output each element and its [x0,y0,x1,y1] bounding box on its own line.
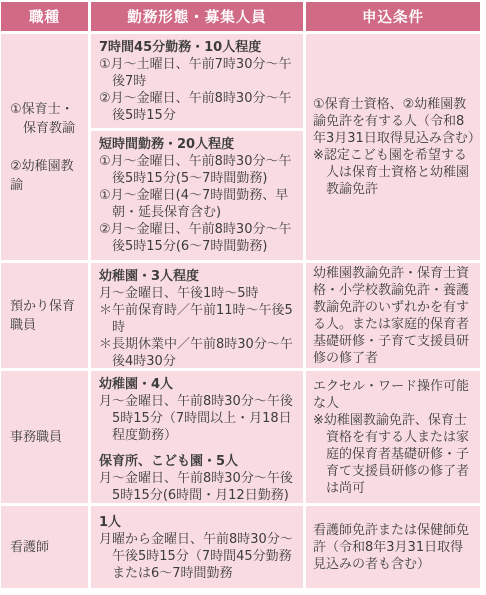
schedule-block-title: 保育所、こども園・5人 [99,453,297,470]
conditions-cell-childcare: ①保育士資格、②幼稚園教諭免許を有する人（令和8年3月31日取得見込み含む） ※… [306,34,480,260]
header-cell-work-style: 勤務形態・募集人員 [91,2,303,31]
schedule-block: 幼稚園・3人程度 月～金曜日、午後1時～5時 ＊午前保育時／午前11時～午後5時… [99,268,297,368]
schedule-line: ①月～金曜日(4～7時間勤務、早朝・延長保育含む) [99,187,297,221]
schedule-block: 幼稚園・4人 月～金曜日、午前8時30分～午後5時15分（7時間以上・月18日程… [99,376,297,444]
schedule-line: ＊長期休業中／午前8時30分～午後4時30分 [99,336,297,368]
condition-paragraph: ※幼稚園教諭免許、保育士資格を有する人または家庭的保育者基礎研修・子育て支援員研… [313,412,475,497]
schedule-block-title: 短時間勤務・20人程度 [99,136,297,153]
job-cell-childcare: ①保育士・ 保育教諭 ②幼稚園教諭 [1,34,88,260]
schedule-line: 月～金曜日、午後1時～5時 [99,285,297,302]
schedule-cell-office: 幼稚園・4人 月～金曜日、午前8時30分～午後5時15分（7時間以上・月18日程… [91,371,303,503]
schedule-cell-nurse: 1人 月曜から金曜日、午前8時30分～午後5時15分（7時間45分勤務または6～… [91,506,303,588]
schedule-line: 月曜から金曜日、午前8時30分～午後5時15分（7時間45分勤務または6～7時間… [99,531,297,582]
schedule-line: 月～金曜日、午前8時30分～午後5時15分（7時間以上・月18日程度勤務） [99,393,297,444]
schedule-block: 保育所、こども園・5人 月～金曜日、午前8時30分～午後5時15分(6時間・月1… [99,453,297,503]
conditions-cell-office: エクセル・ワード操作可能な人 ※幼稚園教諭免許、保育士資格を有する人または家庭的… [306,371,480,503]
schedule-line: ①月～土曜日、午前7時30分～午後7時 [99,56,297,90]
schedule-line: ①月～金曜日、午前8時30分～午後5時15分(5～7時間勤務) [99,153,297,187]
schedule-block-title: 7時間45分勤務・10人程度 [99,39,297,56]
schedule-line: ②月～金曜日、午前8時30分～午後5時15分 [99,90,297,124]
schedule-line: ＊午前保育時／午前11時～午後5時 [99,302,297,336]
schedule-cell-daycare: 幼稚園・3人程度 月～金曜日、午後1時～5時 ＊午前保育時／午前11時～午後5時… [91,263,303,368]
job-cell-daycare-staff: 預かり保育 職員 [1,263,88,368]
schedule-block-title: 幼稚園・3人程度 [99,268,297,285]
job-cell-office-staff: 事務職員 [1,371,88,503]
schedule-block-title: 幼稚園・4人 [99,376,297,393]
schedule-cell-fulltime: 7時間45分勤務・10人程度 ①月～土曜日、午前7時30分～午後7時 ②月～金曜… [91,34,303,128]
job-cell-nurse: 看護師 [1,506,88,588]
schedule-line: ②月～金曜日、午前8時30分～午後5時15分(6～7時間勤務) [99,221,297,255]
condition-paragraph: 幼稚園教諭免許・保育士資格・小学校教諭免許・養護教諭免許のいずれかを有する人。ま… [313,265,475,367]
schedule-line: 月～金曜日、午前8時30分～午後5時15分(6時間・月12日勤務) [99,470,297,503]
recruitment-table: 職種 勤務形態・募集人員 申込条件 ①保育士・ 保育教諭 ②幼稚園教諭 7時間4… [1,2,480,588]
condition-paragraph: ※認定こども園を希望する人は保育士資格と幼稚園教諭免許 [313,147,475,198]
condition-paragraph: ①保育士資格、②幼稚園教諭免許を有する人（令和8年3月31日取得見込み含む） [313,96,475,147]
condition-paragraph: エクセル・ワード操作可能な人 [313,378,475,412]
schedule-block: 短時間勤務・20人程度 ①月～金曜日、午前8時30分～午後5時15分(5～7時間… [99,136,297,255]
schedule-cell-shorttime: 短時間勤務・20人程度 ①月～金曜日、午前8時30分～午後5時15分(5～7時間… [91,131,303,260]
conditions-cell-daycare: 幼稚園教諭免許・保育士資格・小学校教諭免許・養護教諭免許のいずれかを有する人。ま… [306,263,480,368]
conditions-cell-nurse: 看護師免許または保健師免許（令和8年3月31日取得見込みの者も含む） [306,506,480,588]
schedule-block: 1人 月曜から金曜日、午前8時30分～午後5時15分（7時間45分勤務または6～… [99,514,297,582]
header-cell-conditions: 申込条件 [306,2,480,31]
condition-paragraph: 看護師免許または保健師免許（令和8年3月31日取得見込みの者も含む） [313,522,475,573]
schedule-block: 7時間45分勤務・10人程度 ①月～土曜日、午前7時30分～午後7時 ②月～金曜… [99,39,297,124]
header-cell-job-type: 職種 [1,2,88,31]
schedule-block-title: 1人 [99,514,297,531]
